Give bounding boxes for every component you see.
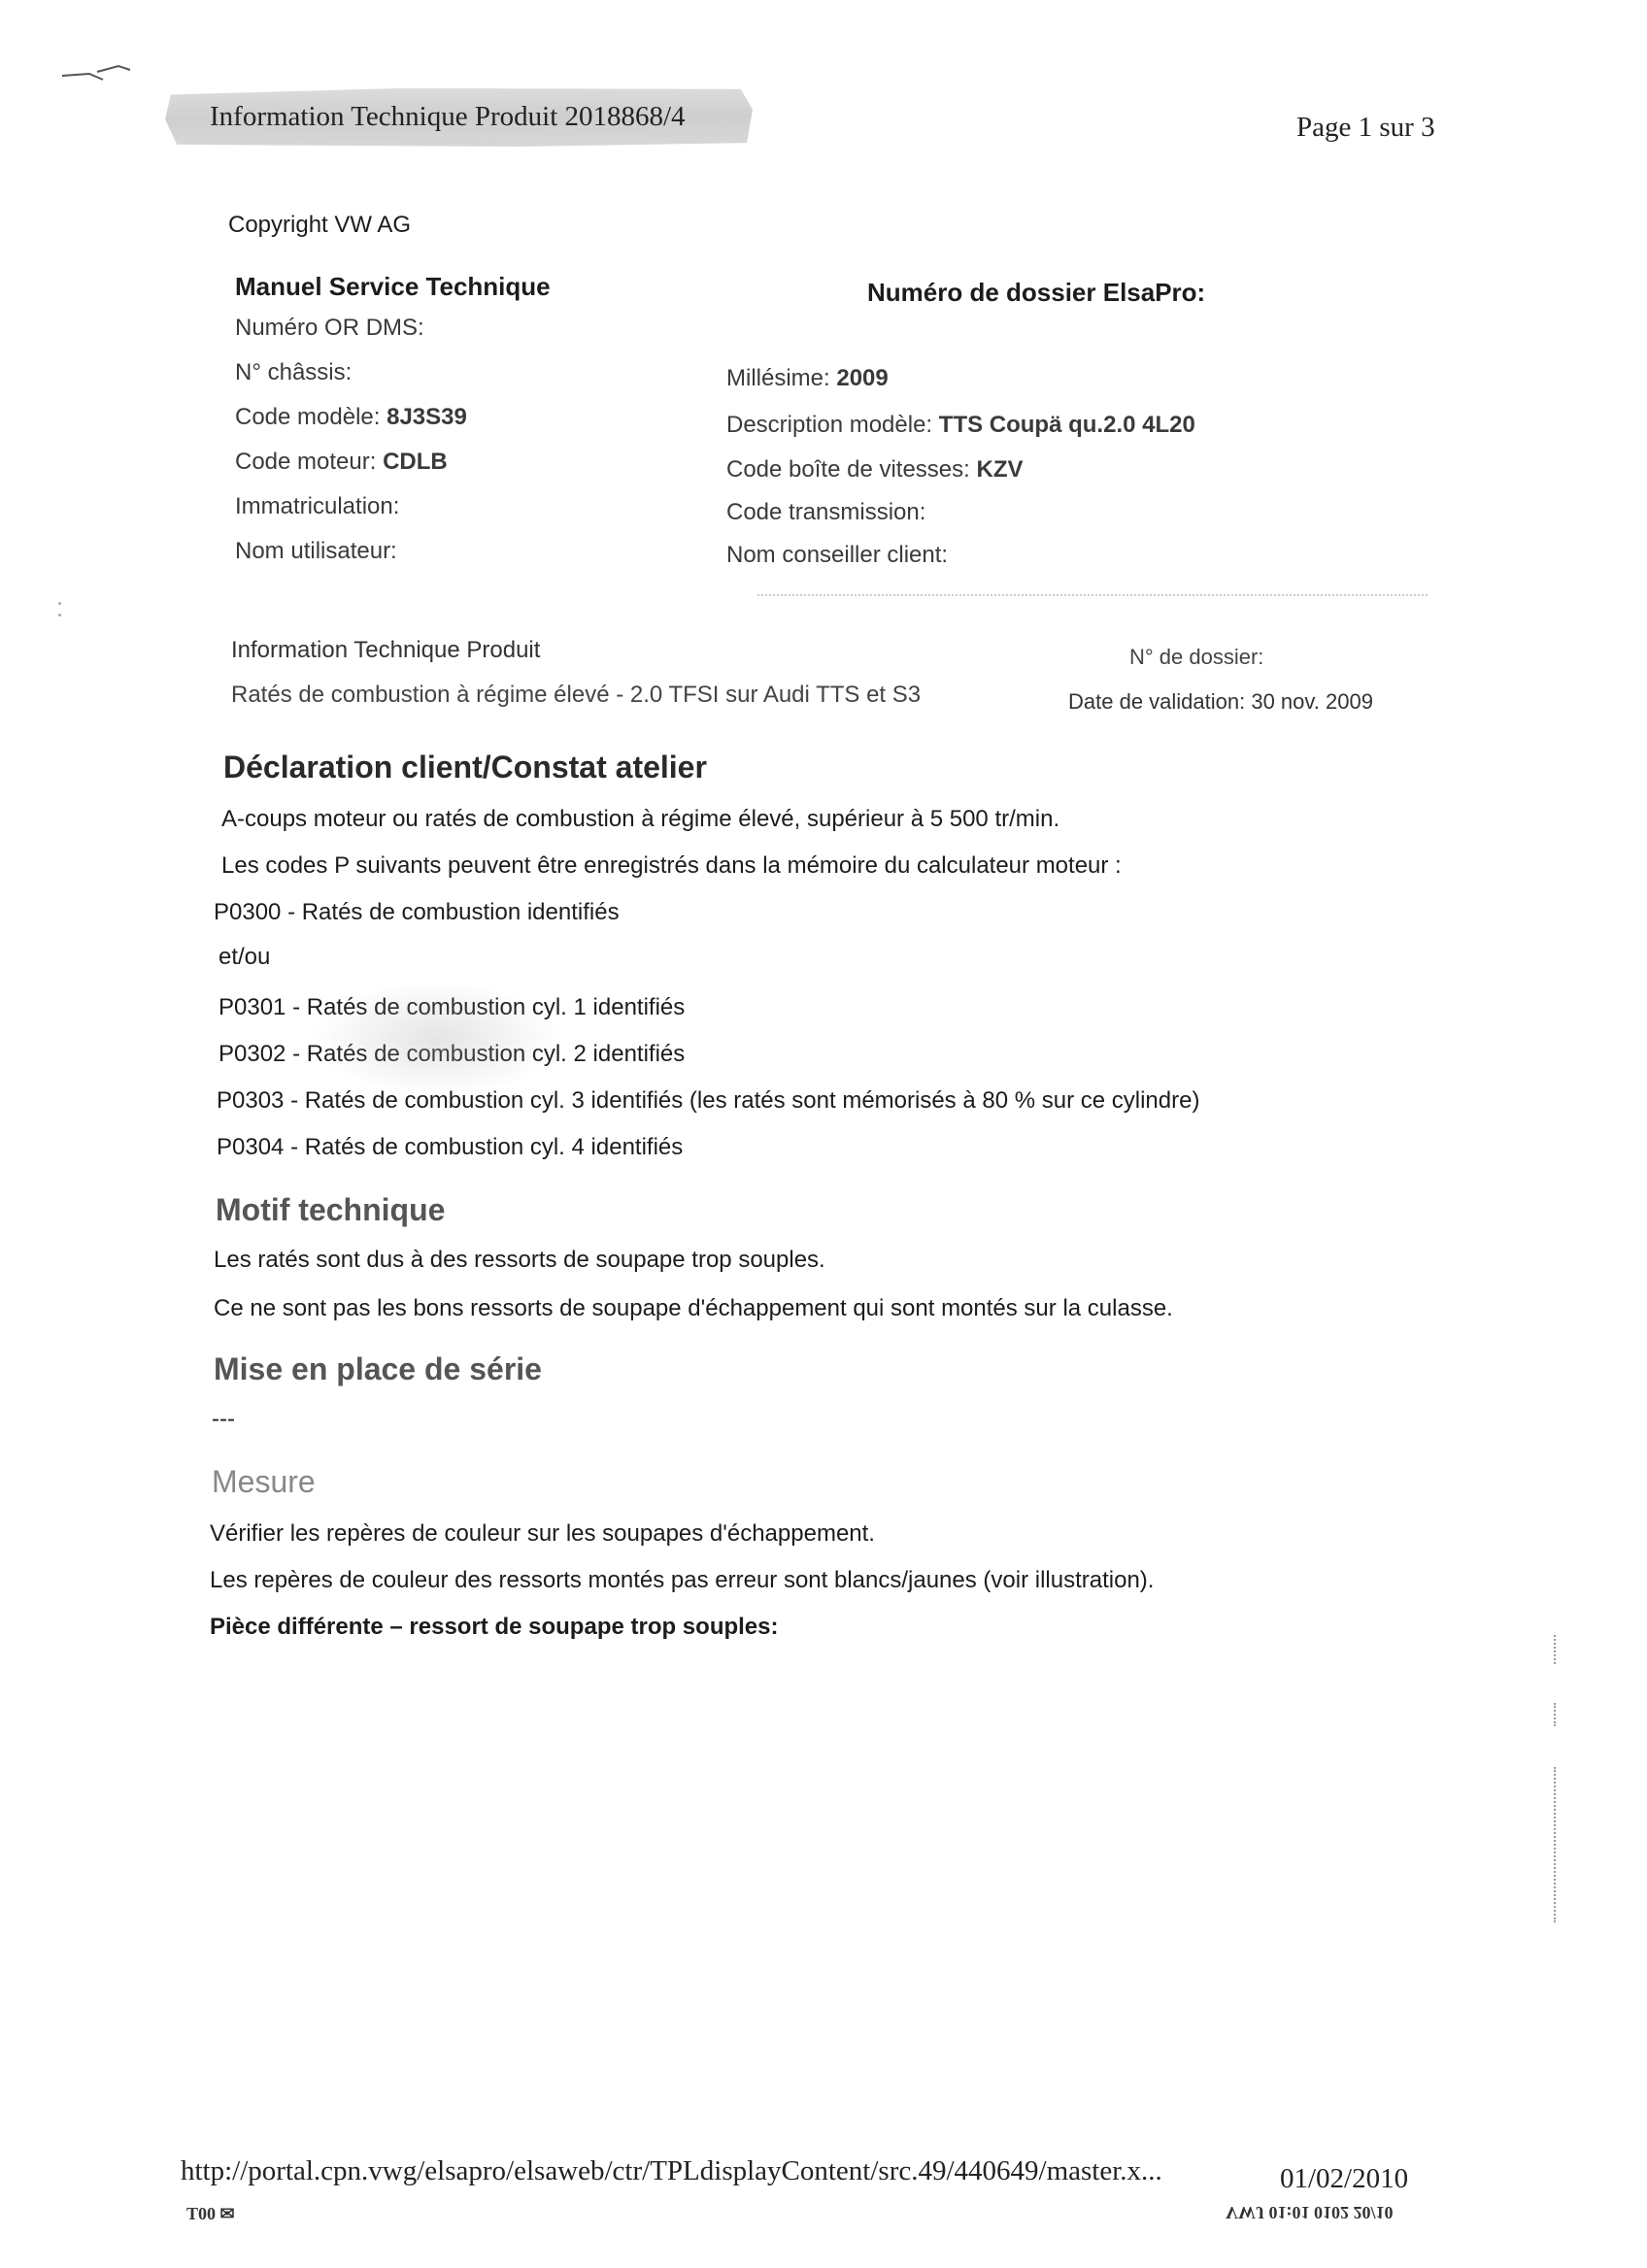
field-engine-code: Code moteur: CDLB [235, 449, 448, 476]
model-description-value: TTS Coupä qu.2.0 4L20 [939, 412, 1195, 438]
mesure-line: Vérifier les repères de couleur sur les … [210, 1520, 875, 1548]
motif-line: Ce ne sont pas les bons ressorts de soup… [214, 1295, 1173, 1322]
footer-url: http://portal.cpn.vwg/elsapro/elsaweb/ct… [181, 2155, 1162, 2187]
document-title: Information Technique Produit 2018868/4 [210, 101, 686, 133]
serie-line: --- [212, 1406, 235, 1433]
scan-speck [58, 614, 61, 617]
validation-date: Date de validation: 30 nov. 2009 [1068, 689, 1373, 715]
different-part-label: Pièce différente – ressort de soupape tr… [210, 1614, 779, 1641]
dossier-number-label: N° de dossier: [1129, 645, 1263, 670]
divider [757, 594, 1428, 596]
fax-header-left: T00 ✉ [186, 2204, 235, 2224]
section-heading-motif: Motif technique [216, 1192, 445, 1228]
itp-subject: Ratés de combustion à régime élevé - 2.0… [231, 682, 921, 709]
fax-header-right: VWJ 01:01 0102 20/10 [1226, 2202, 1394, 2222]
itp-title: Information Technique Produit [231, 637, 540, 664]
fault-code-line: P0300 - Ratés de combustion identifiés [214, 899, 620, 926]
declaration-line: Les codes P suivants peuvent être enregi… [221, 852, 1122, 880]
scan-mark-icon [60, 64, 138, 83]
section-heading-mesure: Mesure [212, 1464, 316, 1500]
fault-code-line: P0304 - Ratés de combustion cyl. 4 ident… [217, 1134, 683, 1161]
field-model-description: Description modèle: TTS Coupä qu.2.0 4L2… [726, 412, 1195, 439]
field-model-code: Code modèle: 8J3S39 [235, 404, 467, 431]
service-manual-title: Manuel Service Technique [235, 272, 551, 302]
field-gearbox-code: Code boîte de vitesses: KZV [726, 456, 1024, 484]
page-number: Page 1 sur 3 [1296, 112, 1435, 144]
copyright: Copyright VW AG [228, 212, 411, 239]
field-advisor-name: Nom conseiller client: [726, 542, 948, 569]
scan-artifact [1554, 1703, 1558, 1726]
scan-artifact [1554, 1767, 1558, 1922]
footer-print-date: 01/02/2010 [1280, 2163, 1408, 2195]
field-or-dms: Numéro OR DMS: [235, 315, 424, 342]
model-year-value: 2009 [836, 365, 888, 391]
field-model-year: Millésime: 2009 [726, 365, 889, 392]
section-heading-serie: Mise en place de série [214, 1351, 542, 1387]
model-code-value: 8J3S39 [387, 404, 467, 430]
field-user-name: Nom utilisateur: [235, 538, 397, 565]
scan-speck [58, 602, 61, 605]
engine-code-value: CDLB [383, 449, 448, 475]
section-heading-declaration: Déclaration client/Constat atelier [223, 750, 707, 785]
elsapro-dossier-title: Numéro de dossier ElsaPro: [867, 278, 1205, 308]
mesure-line: Les repères de couleur des ressorts mont… [210, 1567, 1154, 1594]
declaration-line: et/ou [218, 944, 270, 971]
scan-artifact [1554, 1635, 1558, 1664]
motif-line: Les ratés sont dus à des ressorts de sou… [214, 1247, 825, 1274]
gearbox-code-value: KZV [977, 456, 1024, 483]
field-transmission-code: Code transmission: [726, 499, 925, 526]
field-registration: Immatriculation: [235, 493, 399, 520]
scan-smudge [311, 981, 563, 1097]
declaration-line: A-coups moteur ou ratés de combustion à … [221, 806, 1059, 833]
field-chassis: N° châssis: [235, 359, 352, 386]
